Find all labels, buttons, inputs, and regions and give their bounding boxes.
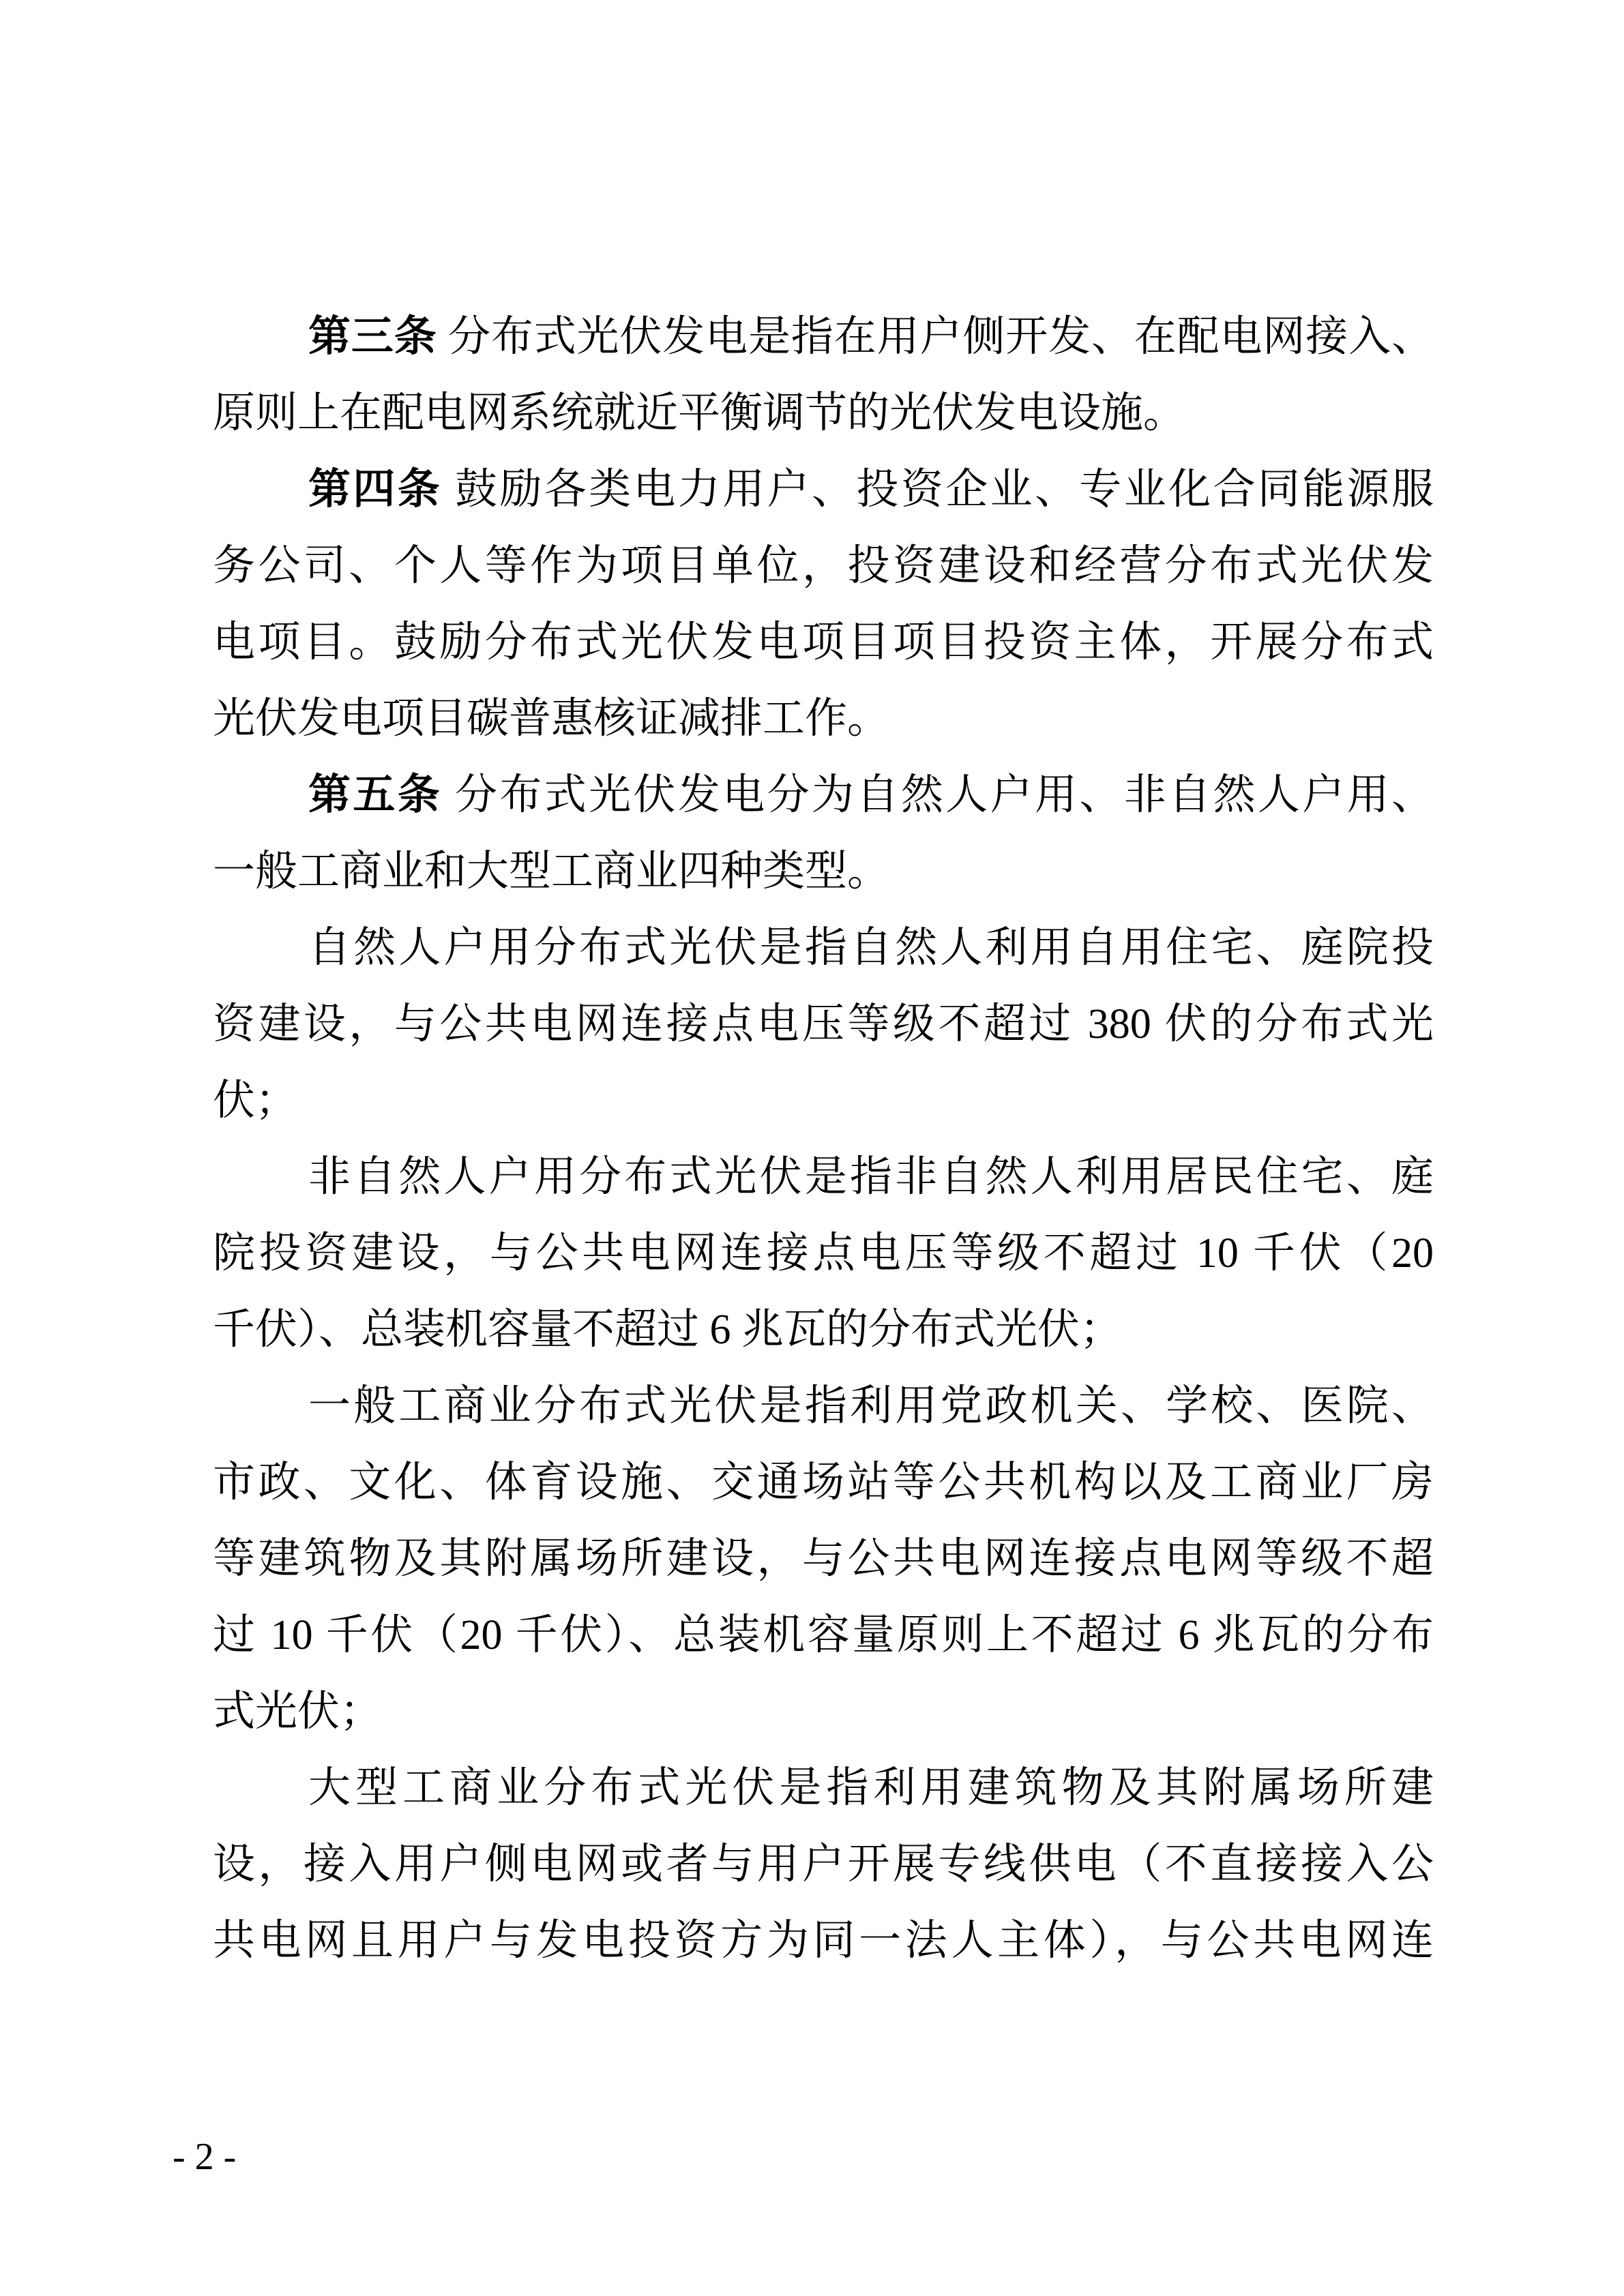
text-line: 非自然人户用分布式光伏是指非自然人利用居民住宅、庭 (213, 1139, 1434, 1215)
line-text: 大型工商业分布式光伏是指利用建筑物及其附属场所建 (308, 1765, 1434, 1811)
article-number: 第五条 (308, 771, 442, 818)
document-body: 第三条 分布式光伏发电是指在用户侧开发、在配电网接入、原则上在配电网系统就近平衡… (213, 299, 1434, 1979)
text-line: 一般工商业分布式光伏是指利用党政机关、学校、医院、 (213, 1368, 1434, 1444)
line-text: 分布式光伏发电分为自然人户用、非自然人户用、 (455, 772, 1434, 818)
line-text: 务公司、个人等作为项目单位，投资建设和经营分布式光伏发 (213, 543, 1434, 589)
line-text: 设，接入用户侧电网或者与用户开展专线供电（不直接接入公 (213, 1841, 1434, 1888)
text-line: 千伏）、总装机容量不超过 6 兆瓦的分布式光伏； (213, 1292, 1434, 1368)
line-text: 一般工商业和大型工商业四种类型。 (213, 848, 889, 895)
text-line: 第三条 分布式光伏发电是指在用户侧开发、在配电网接入、 (213, 299, 1434, 375)
line-text: 自然人户用分布式光伏是指自然人利用自用住宅、庭院投 (308, 925, 1434, 971)
line-text: 伏； (213, 1077, 297, 1124)
text-line: 一般工商业和大型工商业四种类型。 (213, 833, 1434, 910)
page-number: - 2 - (173, 2136, 236, 2177)
line-text: 原则上在配电网系统就近平衡调节的光伏发电设施。 (213, 390, 1185, 436)
line-text: 市政、文化、体育设施、交通场站等公共机构以及工商业厂房 (213, 1459, 1434, 1506)
text-line: 共电网且用户与发电投资方为同一法人主体），与公共电网连 (213, 1903, 1434, 1979)
text-line: 市政、文化、体育设施、交通场站等公共机构以及工商业厂房 (213, 1444, 1434, 1521)
line-text: 分布式光伏发电是指在用户侧开发、在配电网接入、 (448, 314, 1434, 360)
article-number: 第四条 (308, 466, 442, 513)
line-text: 一般工商业分布式光伏是指利用党政机关、学校、医院、 (308, 1383, 1434, 1429)
text-line: 大型工商业分布式光伏是指利用建筑物及其附属场所建 (213, 1750, 1434, 1826)
line-text: 式光伏； (213, 1688, 382, 1735)
line-text: 等建筑物及其附属场所建设，与公共电网连接点电网等级不超 (213, 1536, 1434, 1582)
text-line: 式光伏； (213, 1673, 1434, 1750)
text-line: 第四条 鼓励各类电力用户、投资企业、专业化合同能源服 (213, 451, 1434, 528)
text-line: 电项目。鼓励分布式光伏发电项目项目投资主体，开展分布式 (213, 604, 1434, 681)
text-line: 第五条 分布式光伏发电分为自然人户用、非自然人户用、 (213, 757, 1434, 833)
line-text: 共电网且用户与发电投资方为同一法人主体），与公共电网连 (213, 1918, 1434, 1964)
line-text: 过 10 千伏（20 千伏）、总装机容量原则上不超过 6 兆瓦的分布 (213, 1612, 1434, 1658)
article-number: 第三条 (308, 313, 437, 360)
text-line: 设，接入用户侧电网或者与用户开展专线供电（不直接接入公 (213, 1826, 1434, 1903)
text-line: 伏； (213, 1062, 1434, 1139)
line-text: 非自然人户用分布式光伏是指非自然人利用居民住宅、庭 (308, 1154, 1434, 1200)
text-line: 光伏发电项目碳普惠核证减排工作。 (213, 681, 1434, 757)
line-text: 千伏）、总装机容量不超过 6 兆瓦的分布式光伏； (213, 1307, 1122, 1353)
line-text: 鼓励各类电力用户、投资企业、专业化合同能源服 (455, 466, 1434, 513)
text-line: 务公司、个人等作为项目单位，投资建设和经营分布式光伏发 (213, 528, 1434, 604)
text-line: 资建设，与公共电网连接点电压等级不超过 380 伏的分布式光 (213, 986, 1434, 1062)
text-line: 自然人户用分布式光伏是指自然人利用自用住宅、庭院投 (213, 910, 1434, 986)
line-text: 院投资建设，与公共电网连接点电压等级不超过 10 千伏（20 (213, 1230, 1434, 1277)
line-text: 光伏发电项目碳普惠核证减排工作。 (213, 696, 889, 742)
document-page: 第三条 分布式光伏发电是指在用户侧开发、在配电网接入、原则上在配电网系统就近平衡… (0, 0, 1624, 2296)
text-line: 过 10 千伏（20 千伏）、总装机容量原则上不超过 6 兆瓦的分布 (213, 1597, 1434, 1673)
text-line: 原则上在配电网系统就近平衡调节的光伏发电设施。 (213, 375, 1434, 451)
text-line: 院投资建设，与公共电网连接点电压等级不超过 10 千伏（20 (213, 1215, 1434, 1292)
line-text: 电项目。鼓励分布式光伏发电项目项目投资主体，开展分布式 (213, 619, 1434, 666)
text-line: 等建筑物及其附属场所建设，与公共电网连接点电网等级不超 (213, 1521, 1434, 1597)
line-text: 资建设，与公共电网连接点电压等级不超过 380 伏的分布式光 (213, 1001, 1434, 1047)
